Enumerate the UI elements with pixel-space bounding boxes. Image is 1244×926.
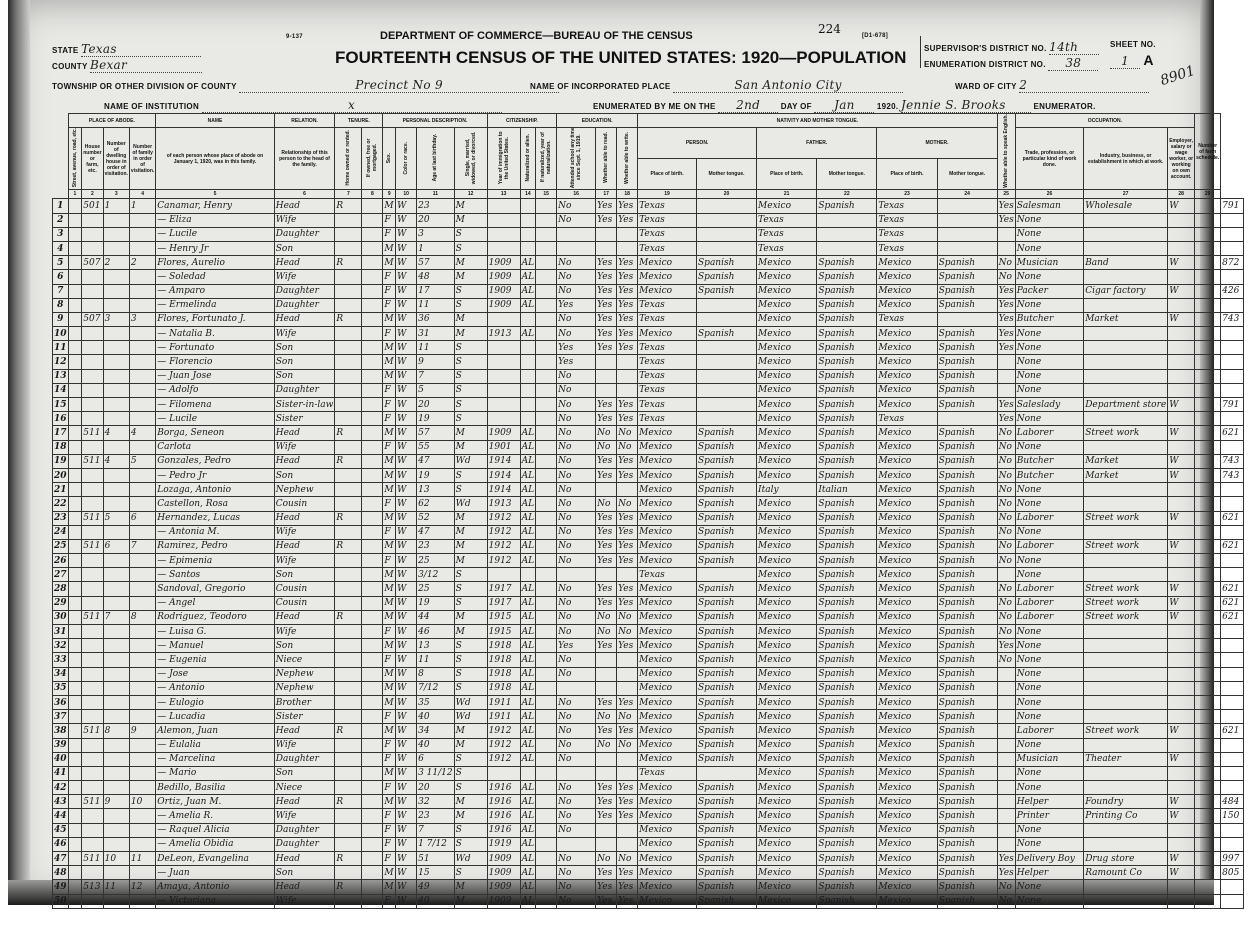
write-cell: Yes <box>617 554 638 568</box>
line-number: 34 <box>53 667 69 681</box>
own-cell <box>335 525 362 539</box>
empty-cell <box>1195 724 1221 738</box>
table-row: 3051178Rodriguez, TeodoroHeadRMW44M1915A… <box>53 610 1244 624</box>
street-cell <box>68 653 82 667</box>
empty-cell <box>362 369 383 383</box>
sex-cell: M <box>383 766 396 780</box>
name-cell: — Natalia B. <box>156 327 274 341</box>
age-cell: 17 <box>417 284 455 298</box>
name-cell: — Amparo <box>156 284 274 298</box>
fam-cell <box>129 497 155 511</box>
dw-cell: 9 <box>103 795 129 809</box>
ind-cell <box>1084 241 1168 255</box>
occ-cell: None <box>1015 880 1083 894</box>
house-cell: 501 <box>82 199 103 213</box>
sex-cell: F <box>383 809 396 823</box>
ind-cell <box>1084 227 1168 241</box>
race-cell: W <box>396 369 417 383</box>
own-cell <box>335 227 362 241</box>
name-cell: — Eugenia <box>156 653 274 667</box>
age-cell: 31 <box>417 327 455 341</box>
school-cell <box>557 227 596 241</box>
empty-cell <box>1195 213 1221 227</box>
fpob-cell: Mexico <box>757 625 817 639</box>
ind-cell <box>1084 667 1168 681</box>
school-cell: No <box>557 653 596 667</box>
rel-cell: Sister <box>274 710 335 724</box>
read-cell: Yes <box>596 525 617 539</box>
age-cell: 40 <box>417 710 455 724</box>
sheet-label: SHEET NO. <box>1110 40 1156 49</box>
mmt-cell: Spanish <box>937 483 997 497</box>
write-cell <box>617 823 638 837</box>
fpob-cell: Mexico <box>757 440 817 454</box>
group-occupation: OCCUPATION. <box>1015 114 1194 128</box>
table-row: 50— VictorianaWifeFW40M1909ALNoYesYesMex… <box>53 894 1244 908</box>
street-cell <box>68 695 82 709</box>
empty-cell <box>536 639 557 653</box>
dw-cell <box>103 383 129 397</box>
fmt-cell: Spanish <box>817 681 877 695</box>
name-cell: — Lucile <box>156 227 274 241</box>
eng-cell <box>997 241 1015 255</box>
emp-cell <box>1168 341 1195 355</box>
age-cell: 9 <box>417 355 455 369</box>
ms-cell: M <box>454 738 487 752</box>
race-cell: W <box>396 497 417 511</box>
school-cell <box>557 837 596 851</box>
occ-cell: None <box>1015 227 1083 241</box>
rel-cell: Son <box>274 468 335 482</box>
col-22-label: Mother tongue. <box>817 159 877 190</box>
street-cell <box>68 724 82 738</box>
empty-cell <box>1195 880 1221 894</box>
school-cell: Yes <box>557 639 596 653</box>
dw-cell <box>103 823 129 837</box>
fmt-cell: Spanish <box>817 852 877 866</box>
table-row: 43511910Ortiz, Juan M.HeadRMW32M1916ALNo… <box>53 795 1244 809</box>
school-cell: No <box>557 795 596 809</box>
mt-cell: Spanish <box>697 681 757 695</box>
mt-cell: Spanish <box>697 539 757 553</box>
write-cell: Yes <box>617 866 638 880</box>
sex-cell: F <box>383 525 396 539</box>
write-cell: No <box>617 710 638 724</box>
emp-cell: W <box>1168 398 1195 412</box>
column-number: 3 <box>103 190 129 199</box>
write-cell: No <box>617 426 638 440</box>
occupation-code <box>1221 369 1244 383</box>
mmt-cell: Spanish <box>937 355 997 369</box>
fam-cell <box>129 327 155 341</box>
pob-cell: Mexico <box>638 809 697 823</box>
nat-cell: AL <box>520 525 535 539</box>
sex-cell: F <box>383 625 396 639</box>
ward-field: WARD OF CITY 2 <box>955 78 1149 93</box>
rel-cell: Nephew <box>274 667 335 681</box>
race-cell: W <box>396 426 417 440</box>
empty-cell <box>536 355 557 369</box>
column-number: 26 <box>1015 190 1083 199</box>
fmt-cell: Spanish <box>817 440 877 454</box>
pob-cell: Mexico <box>638 625 697 639</box>
mpob-cell: Mexico <box>877 766 937 780</box>
read-cell: No <box>596 738 617 752</box>
read-cell: Yes <box>596 781 617 795</box>
imm-cell: 1915 <box>487 610 520 624</box>
empty-cell <box>536 809 557 823</box>
sex-cell: M <box>383 667 396 681</box>
occ-cell: None <box>1015 213 1083 227</box>
sex-cell: M <box>383 256 396 270</box>
mpob-cell: Mexico <box>877 866 937 880</box>
rel-cell: Nephew <box>274 483 335 497</box>
place-field: NAME OF INCORPORATED PLACE San Antonio C… <box>530 78 903 93</box>
imm-cell <box>487 341 520 355</box>
line-number: 14 <box>53 383 69 397</box>
mmt-cell: Spanish <box>937 852 997 866</box>
mmt-cell: Spanish <box>937 497 997 511</box>
house-cell: 513 <box>82 880 103 894</box>
enumeration-district-field: ENUMERATION DISTRICT NO. 38 <box>924 56 1098 71</box>
mmt-cell: Spanish <box>937 341 997 355</box>
enumeration-date-field: ENUMERATED BY ME ON THE 2nd DAY OF Jan 1… <box>593 98 1096 113</box>
race-cell: W <box>396 866 417 880</box>
ms-cell: M <box>454 625 487 639</box>
fmt-cell: Spanish <box>817 710 877 724</box>
line-number: 20 <box>53 468 69 482</box>
ind-cell <box>1084 483 1168 497</box>
fmt-cell: Spanish <box>817 653 877 667</box>
school-cell: No <box>557 809 596 823</box>
mpob-cell: Mexico <box>877 880 937 894</box>
eng-cell: Yes <box>997 398 1015 412</box>
write-cell: Yes <box>617 412 638 426</box>
emp-cell <box>1168 667 1195 681</box>
fam-cell: 4 <box>129 426 155 440</box>
pob-cell: Mexico <box>638 440 697 454</box>
eng-cell: No <box>997 511 1015 525</box>
col-1-label: Street, avenue, road, etc. <box>72 128 78 187</box>
fpob-cell: Mexico <box>757 298 817 312</box>
line-number: 12 <box>53 355 69 369</box>
nat-cell: AL <box>520 710 535 724</box>
mt-cell <box>697 766 757 780</box>
race-cell: W <box>396 525 417 539</box>
mmt-cell: Spanish <box>937 511 997 525</box>
col-16-label: Attended school any time since Sept. 1, … <box>570 128 582 189</box>
empty-cell <box>362 426 383 440</box>
occupation-code: 621 <box>1221 724 1244 738</box>
group-tenure: TENURE. <box>335 114 383 128</box>
school-cell: No <box>557 667 596 681</box>
own-cell <box>335 809 362 823</box>
mpob-cell: Mexico <box>877 568 937 582</box>
school-cell: No <box>557 610 596 624</box>
dw-cell <box>103 483 129 497</box>
dw-cell: 6 <box>103 539 129 553</box>
mt-cell: Spanish <box>697 724 757 738</box>
ind-cell: Drug store <box>1084 852 1168 866</box>
column-number: 17 <box>596 190 617 199</box>
column-number: 10 <box>396 190 417 199</box>
write-cell: Yes <box>617 539 638 553</box>
age-cell: 51 <box>417 852 455 866</box>
write-cell: Yes <box>617 695 638 709</box>
race-cell: W <box>396 880 417 894</box>
school-cell: No <box>557 412 596 426</box>
emp-cell: W <box>1168 866 1195 880</box>
pob-cell: Texas <box>638 241 697 255</box>
fam-cell <box>129 582 155 596</box>
street-cell <box>68 398 82 412</box>
own-cell: R <box>335 454 362 468</box>
occupation-code: 791 <box>1221 199 1244 213</box>
nat-cell: AL <box>520 667 535 681</box>
fpob-cell: Mexico <box>757 639 817 653</box>
empty-cell <box>362 241 383 255</box>
nat-cell: AL <box>520 852 535 866</box>
fmt-cell: Italian <box>817 483 877 497</box>
write-cell: Yes <box>617 256 638 270</box>
rel-cell: Cousin <box>274 497 335 511</box>
house-cell <box>82 241 103 255</box>
sex-cell: F <box>383 738 396 752</box>
occ-cell: None <box>1015 525 1083 539</box>
occ-cell: None <box>1015 710 1083 724</box>
dw-cell <box>103 809 129 823</box>
eng-cell: Yes <box>997 284 1015 298</box>
ms-cell: S <box>454 667 487 681</box>
name-cell: Flores, Aurelio <box>156 256 274 270</box>
school-cell: No <box>557 738 596 752</box>
mt-cell: Spanish <box>697 582 757 596</box>
nat-cell <box>520 369 535 383</box>
rel-cell: Head <box>274 724 335 738</box>
empty-cell <box>536 667 557 681</box>
name-cell: Borga, Seneon <box>156 426 274 440</box>
read-cell: Yes <box>596 582 617 596</box>
fam-cell <box>129 284 155 298</box>
line-number: 11 <box>53 341 69 355</box>
pob-cell: Texas <box>638 766 697 780</box>
mmt-cell: Spanish <box>937 625 997 639</box>
imm-cell: 1918 <box>487 639 520 653</box>
empty-cell <box>536 440 557 454</box>
empty-cell <box>1195 497 1221 511</box>
age-cell: 47 <box>417 454 455 468</box>
street-cell <box>68 440 82 454</box>
pob-cell: Mexico <box>638 582 697 596</box>
mpob-cell: Mexico <box>877 738 937 752</box>
school-cell: No <box>557 398 596 412</box>
fpob-cell: Mexico <box>757 412 817 426</box>
race-cell: W <box>396 511 417 525</box>
column-number: 24 <box>937 190 997 199</box>
pob-cell: Mexico <box>638 256 697 270</box>
table-row: 21Lozaga, AntonioNephewMW13S1914ALNoMexi… <box>53 483 1244 497</box>
own-cell <box>335 894 362 908</box>
nat-cell <box>520 383 535 397</box>
house-cell <box>82 369 103 383</box>
read-cell: Yes <box>596 468 617 482</box>
fmt-cell: Spanish <box>817 383 877 397</box>
empty-cell <box>1195 653 1221 667</box>
occupation-code <box>1221 738 1244 752</box>
eng-cell: Yes <box>997 298 1015 312</box>
line-number: 46 <box>53 837 69 851</box>
ms-cell: S <box>454 241 487 255</box>
ind-cell <box>1084 369 1168 383</box>
emp-cell: W <box>1168 511 1195 525</box>
mt-cell: Spanish <box>697 440 757 454</box>
read-cell: Yes <box>596 539 617 553</box>
group-person: PERSON. <box>638 128 757 159</box>
imm-cell: 1909 <box>487 256 520 270</box>
age-cell: 57 <box>417 426 455 440</box>
house-cell <box>82 568 103 582</box>
name-cell: Ramirez, Pedro <box>156 539 274 553</box>
column-number: 19 <box>638 190 697 199</box>
col-17-label: Whether able to read. <box>603 132 609 183</box>
read-cell: No <box>596 497 617 511</box>
race-cell: W <box>396 752 417 766</box>
read-cell: Yes <box>596 880 617 894</box>
line-number: 25 <box>53 539 69 553</box>
dw-cell <box>103 582 129 596</box>
occ-cell: Laborer <box>1015 724 1083 738</box>
rel-cell: Cousin <box>274 596 335 610</box>
mmt-cell: Spanish <box>937 454 997 468</box>
mpob-cell: Mexico <box>877 582 937 596</box>
emp-cell <box>1168 241 1195 255</box>
fmt-cell: Spanish <box>817 596 877 610</box>
age-cell: 19 <box>417 596 455 610</box>
empty-cell <box>362 809 383 823</box>
institution-label: NAME OF INSTITUTION <box>104 102 199 111</box>
empty-cell <box>1195 781 1221 795</box>
house-cell <box>82 653 103 667</box>
pob-cell: Texas <box>638 355 697 369</box>
empty-cell <box>1195 355 1221 369</box>
group-abode: PLACE OF ABODE. <box>68 114 156 128</box>
sex-cell: M <box>383 468 396 482</box>
empty-cell <box>1195 639 1221 653</box>
imm-cell: 1909 <box>487 298 520 312</box>
empty-cell <box>362 298 383 312</box>
age-cell: 55 <box>417 440 455 454</box>
nat-cell: AL <box>520 809 535 823</box>
mmt-cell: Spanish <box>937 582 997 596</box>
sex-cell: M <box>383 483 396 497</box>
race-cell: W <box>396 582 417 596</box>
occ-cell: Musician <box>1015 752 1083 766</box>
empty-cell <box>536 681 557 695</box>
line-number: 5 <box>53 256 69 270</box>
empty-cell <box>536 781 557 795</box>
mt-cell <box>697 213 757 227</box>
street-cell <box>68 554 82 568</box>
dw-cell: 4 <box>103 454 129 468</box>
imm-cell <box>487 312 520 326</box>
emp-cell: W <box>1168 596 1195 610</box>
column-number: 13 <box>487 190 520 199</box>
mmt-cell: Spanish <box>937 738 997 752</box>
occ-cell: None <box>1015 298 1083 312</box>
empty-cell <box>536 398 557 412</box>
dw-cell: 5 <box>103 511 129 525</box>
empty-cell <box>1195 610 1221 624</box>
own-cell <box>335 383 362 397</box>
empty-cell <box>536 213 557 227</box>
line-number: 33 <box>53 653 69 667</box>
mmt-cell: Spanish <box>937 610 997 624</box>
mt-cell: Spanish <box>697 327 757 341</box>
nat-cell: AL <box>520 298 535 312</box>
street-cell <box>68 710 82 724</box>
empty-cell <box>536 327 557 341</box>
fpob-cell: Mexico <box>757 398 817 412</box>
imm-cell: 1915 <box>487 625 520 639</box>
street-cell <box>68 625 82 639</box>
pob-cell: Texas <box>638 341 697 355</box>
ind-cell: Cigar factory <box>1084 284 1168 298</box>
nat-cell: AL <box>520 639 535 653</box>
pob-cell: Mexico <box>638 327 697 341</box>
form-number: 9-137 <box>286 34 303 40</box>
read-cell <box>596 483 617 497</box>
ind-cell: Street work <box>1084 511 1168 525</box>
occupation-code <box>1221 355 1244 369</box>
mpob-cell: Mexico <box>877 837 937 851</box>
read-cell: Yes <box>596 795 617 809</box>
pob-cell: Mexico <box>638 525 697 539</box>
emp-cell <box>1168 327 1195 341</box>
race-cell: W <box>396 440 417 454</box>
pob-cell: Mexico <box>638 483 697 497</box>
age-cell: 6 <box>417 752 455 766</box>
mt-cell <box>697 369 757 383</box>
empty-cell <box>362 866 383 880</box>
pob-cell: Texas <box>638 213 697 227</box>
dw-cell <box>103 681 129 695</box>
empty-cell <box>536 596 557 610</box>
fpob-cell: Mexico <box>757 610 817 624</box>
fmt-cell: Spanish <box>817 468 877 482</box>
nat-cell: AL <box>520 610 535 624</box>
mmt-cell: Spanish <box>937 866 997 880</box>
nat-cell: AL <box>520 284 535 298</box>
school-cell: No <box>557 724 596 738</box>
ind-cell <box>1084 497 1168 511</box>
line-number: 42 <box>53 781 69 795</box>
occ-cell: None <box>1015 667 1083 681</box>
race-cell: W <box>396 213 417 227</box>
street-cell <box>68 426 82 440</box>
dw-cell <box>103 298 129 312</box>
house-cell <box>82 823 103 837</box>
street-cell <box>68 852 82 866</box>
nat-cell: AL <box>520 440 535 454</box>
ms-cell: S <box>454 412 487 426</box>
sex-cell: F <box>383 554 396 568</box>
imm-cell: 1918 <box>487 653 520 667</box>
pob-cell: Mexico <box>638 880 697 894</box>
house-cell <box>82 270 103 284</box>
empty-cell <box>1195 369 1221 383</box>
col-6-label: Relationship of this person to the head … <box>279 150 330 168</box>
ms-cell: S <box>454 781 487 795</box>
